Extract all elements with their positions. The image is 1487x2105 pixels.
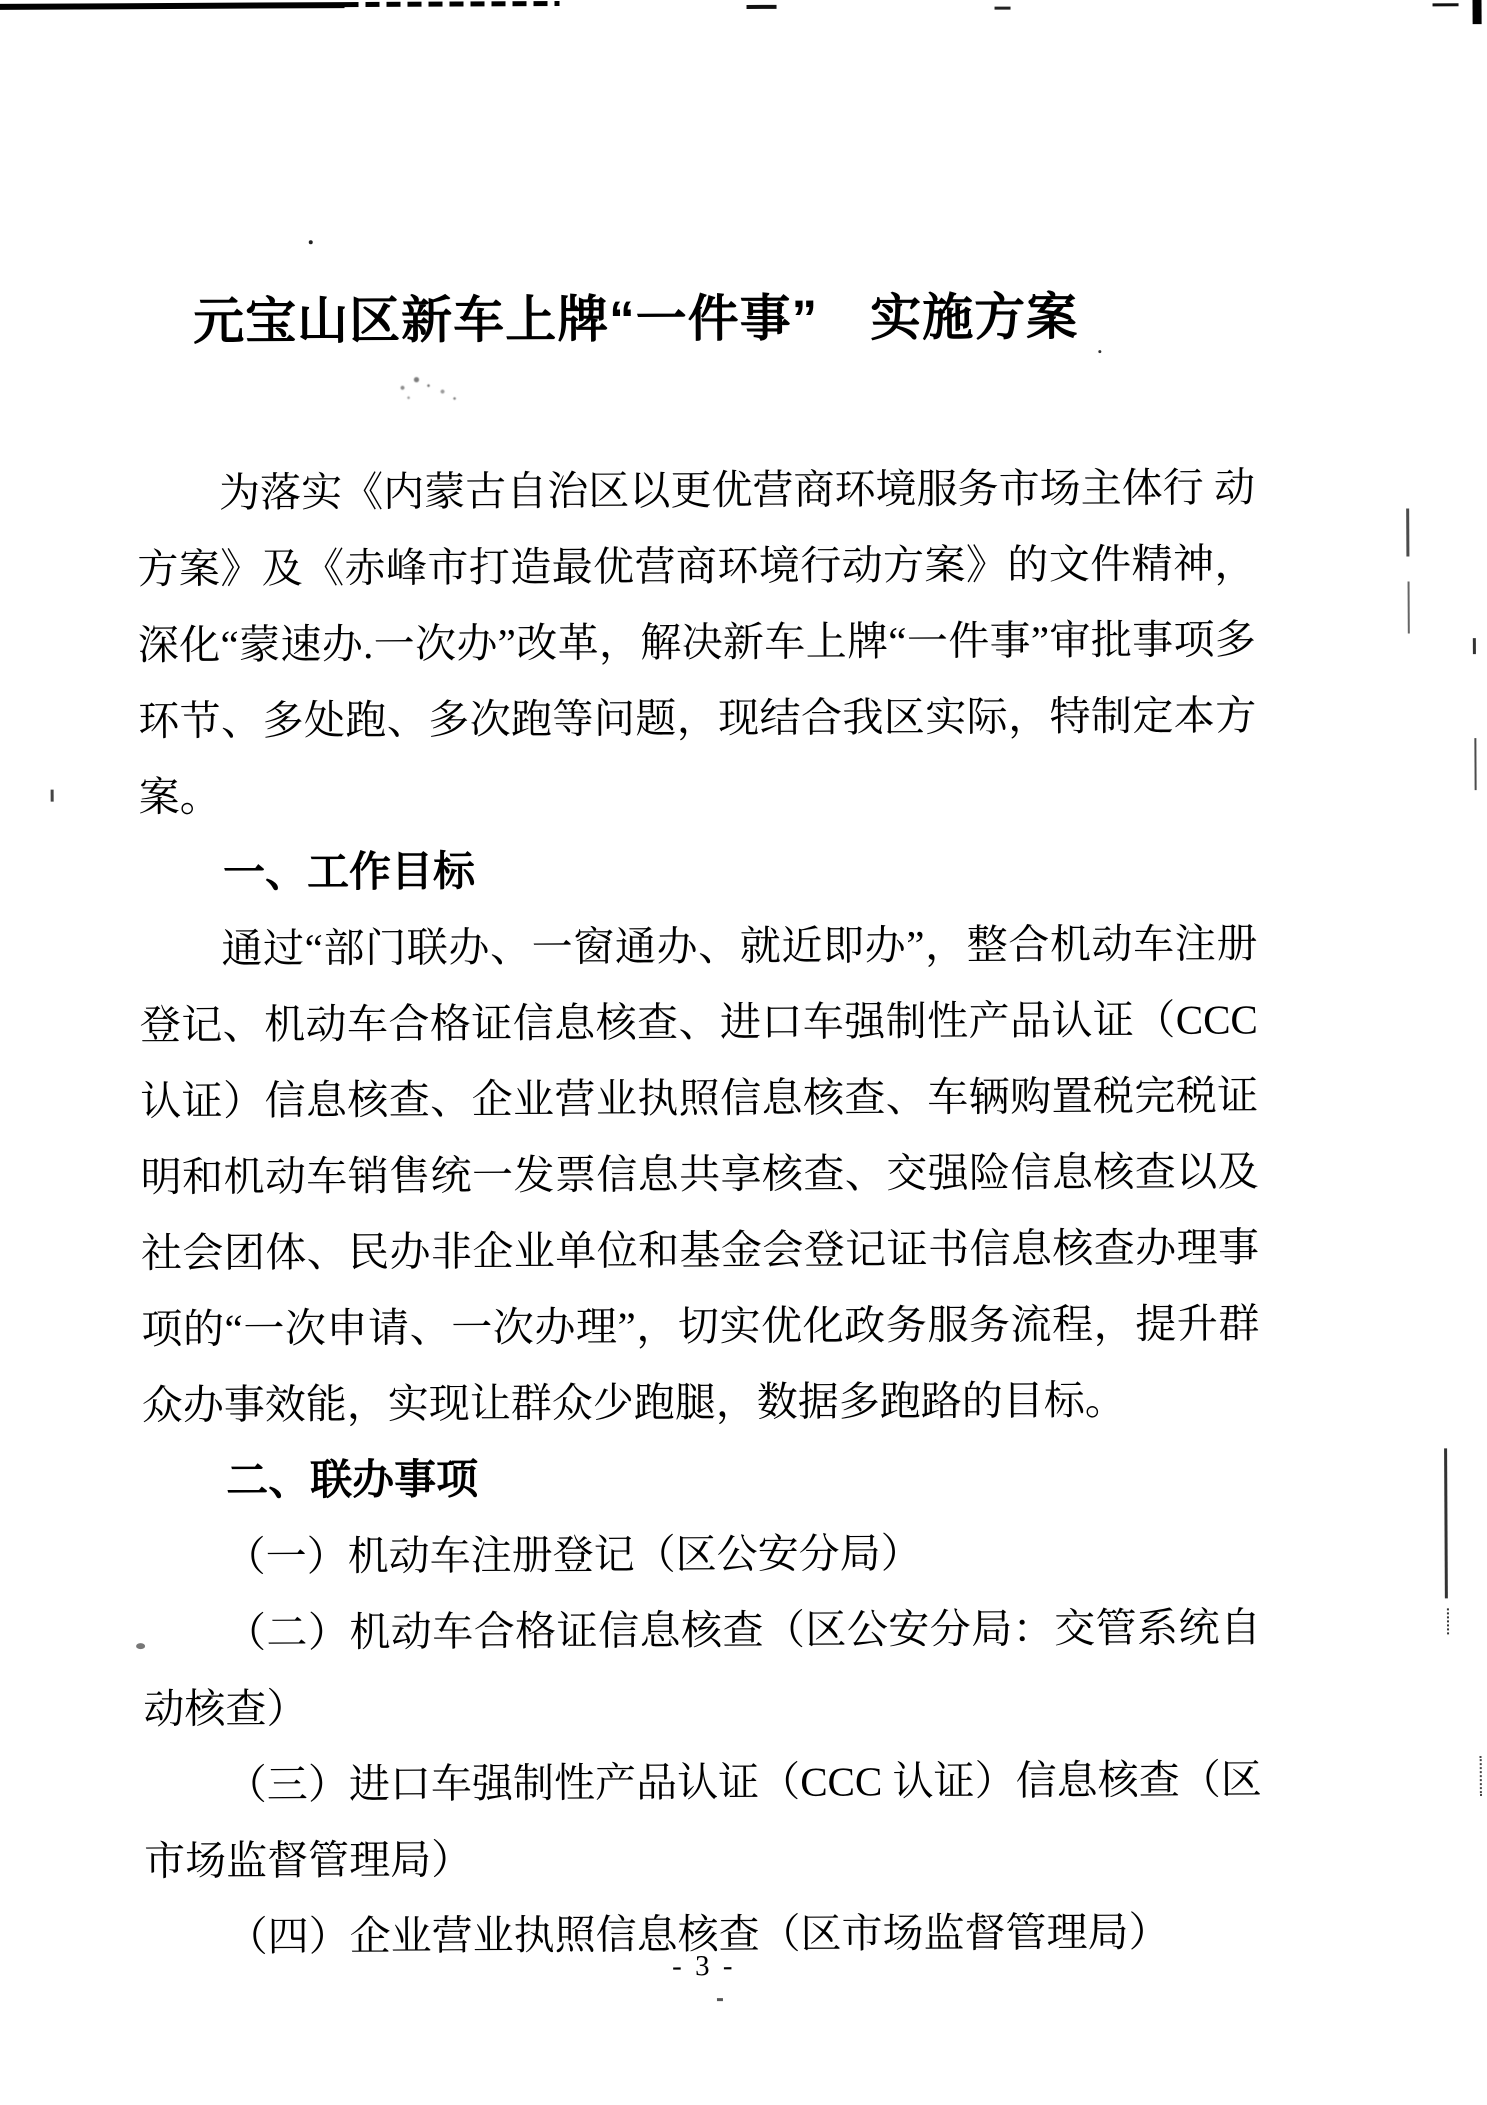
section-heading-work-goals: 一、工作目标 [139, 829, 1257, 911]
scan-artifact [136, 1643, 145, 1649]
scan-artifact [1474, 738, 1476, 790]
scan-artifact [1447, 1608, 1449, 1634]
scan-artifact [747, 5, 777, 9]
scan-artifact [1433, 3, 1459, 6]
scan-artifact [1444, 1448, 1448, 1598]
scan-artifact [1406, 509, 1409, 557]
scan-artifact [0, 2, 345, 10]
scan-artifact [1480, 1756, 1482, 1796]
paragraph-work-goals: 通过“部门联办、一窗通办、就近即办”，整合机动车注册登记、机动车合格证信息核查、… [139, 905, 1260, 1443]
section-heading-joint-items: 二、联办事项 [142, 1437, 1260, 1519]
scan-artifact [309, 240, 313, 244]
scan-artifact [1098, 350, 1101, 353]
scan-artifact [1408, 582, 1410, 634]
list-item-2: （二）机动车合格证信息核查（区公安分局：交管系统自动核查） [143, 1589, 1262, 1747]
scan-artifact [51, 790, 54, 802]
document-body: 为落实《内蒙古自治区以更优营商环境服务市场主体行 动方案》及《赤峰市打造最优营商… [137, 449, 1263, 1975]
page-number: - 3 - [145, 1947, 1263, 1986]
document-title: 元宝山区新车上牌“一件事” 实施方案 [193, 282, 1483, 355]
scan-artifact [995, 7, 1011, 10]
scan-artifact [717, 1998, 723, 2001]
paragraph-intro: 为落实《内蒙古自治区以更优营商环境服务市场主体行 动方案》及《赤峰市打造最优营商… [137, 449, 1257, 835]
ink-smudge [390, 365, 470, 405]
scan-artifact [1473, 638, 1476, 654]
list-item-1: （一）机动车注册登记（区公安分局） [142, 1513, 1260, 1595]
scanned-document-page: 元宝山区新车上牌“一件事” 实施方案 为落实《内蒙古自治区以更优营商环境服务市场… [0, 0, 1487, 2105]
scan-artifact [1472, 0, 1481, 24]
list-item-3: （三）进口车强制性产品认证（CCC 认证）信息核查（区市场监督管理局） [144, 1741, 1263, 1899]
scan-artifact [344, 1, 559, 7]
